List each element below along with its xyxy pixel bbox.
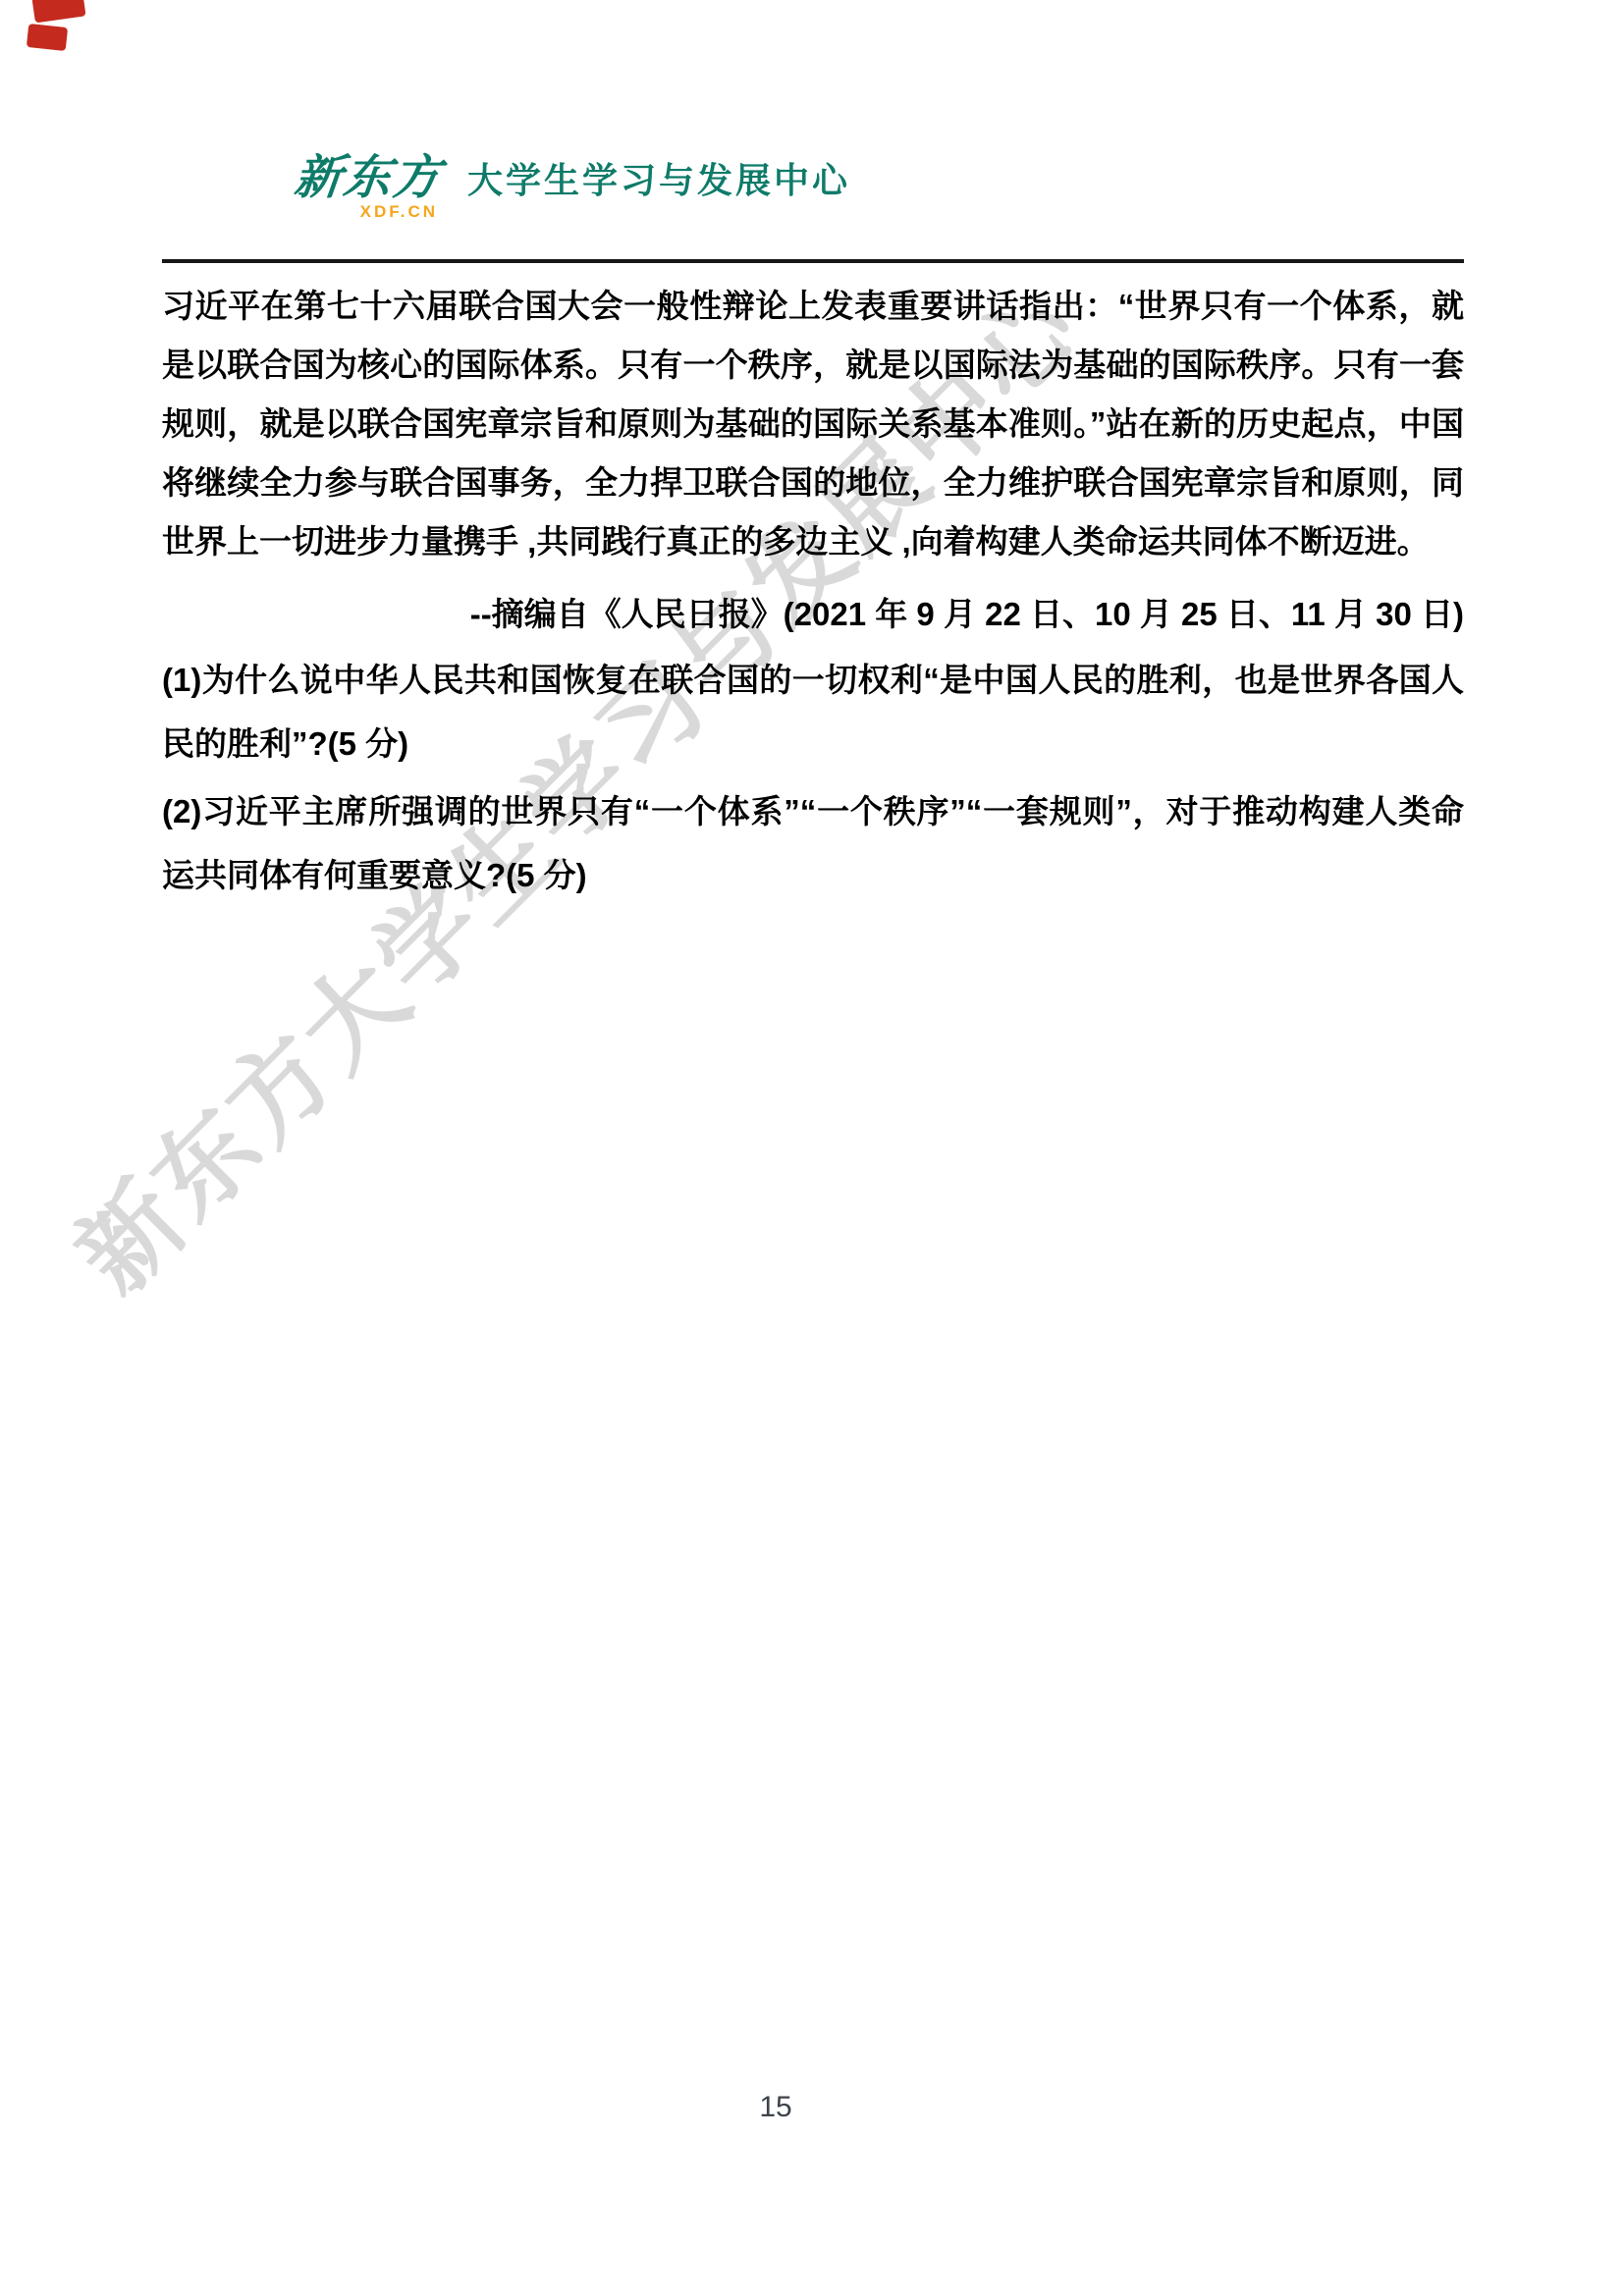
- question-1: (1)为什么说中华人民共和国恢复在联合国的一切权利“是中国人民的胜利，也是世界各…: [162, 648, 1464, 775]
- red-mark-top: [31, 0, 85, 23]
- page-footer: 15: [162, 2091, 1389, 2124]
- document-page: 新东方大学生学习与发展中心 新东方 XDF.CN 大学生学习与发展中心 习近平在…: [0, 0, 1624, 2296]
- document-body: 习近平在第七十六届联合国大会一般性辩论上发表重要讲话指出：“世界只有一个体系，就…: [162, 277, 1464, 907]
- red-annotation-mark: [27, 0, 84, 49]
- page-number: 15: [759, 2091, 791, 2123]
- red-mark-bottom: [27, 24, 68, 51]
- page-header: 新东方 XDF.CN 大学生学习与发展中心: [295, 155, 850, 220]
- xdf-logo: 新东方 XDF.CN: [295, 155, 442, 220]
- header-divider: [162, 259, 1464, 263]
- logo-wordmark: 新东方: [292, 155, 444, 202]
- logo-domain-text: XDF.CN: [360, 203, 442, 220]
- citation-line: --摘编自《人民日报》(2021 年 9 月 22 日、10 月 25 日、11…: [162, 585, 1464, 644]
- quote-paragraph: 习近平在第七十六届联合国大会一般性辩论上发表重要讲话指出：“世界只有一个体系，就…: [162, 277, 1464, 571]
- header-title: 大学生学习与发展中心: [467, 163, 850, 198]
- question-2: (2)习近平主席所强调的世界只有“一个体系”“一个秩序”“一套规则”，对于推动构…: [162, 779, 1464, 907]
